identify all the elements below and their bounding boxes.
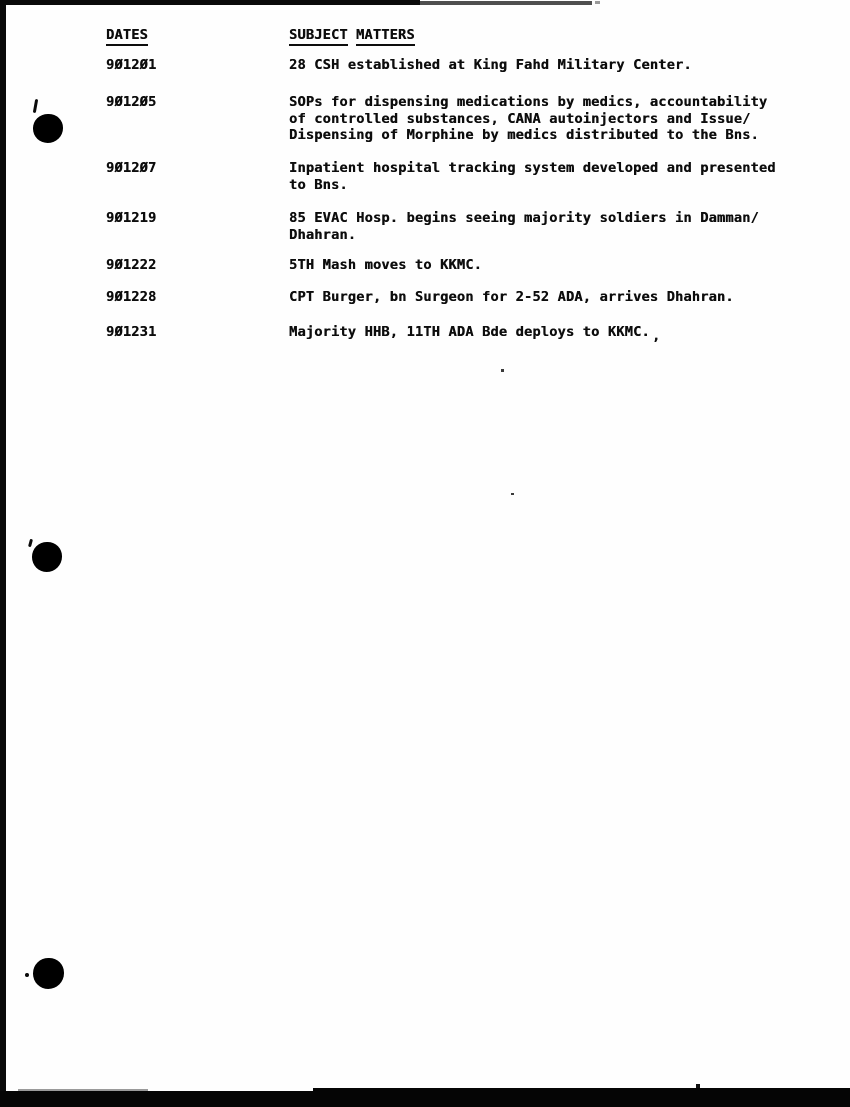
scanned-document-page: DATES SUBJECTMATTERS 9Ø12Ø1 28 CSH estab… xyxy=(0,0,850,1107)
subject-cell: 85 EVAC Hosp. begins seeing majority sol… xyxy=(289,210,759,243)
date-cell: 9Ø12Ø5 xyxy=(106,94,156,111)
dates-column-header: DATES xyxy=(106,27,148,46)
date-cell: 9Ø12Ø1 xyxy=(106,57,156,74)
subject-cell: SOPs for dispensing medications by medic… xyxy=(289,94,767,144)
date-cell: 9Ø1219 xyxy=(106,210,156,227)
date-cell: 9Ø1228 xyxy=(106,289,156,306)
subject-cell: CPT Burger, bn Surgeon for 2-52 ADA, arr… xyxy=(289,289,734,306)
stray-comma-mark: , xyxy=(652,328,660,345)
date-cell: 9Ø1231 xyxy=(106,324,156,341)
chronology-table: DATES SUBJECTMATTERS 9Ø12Ø1 28 CSH estab… xyxy=(0,0,850,1107)
date-cell: 9Ø1222 xyxy=(106,257,156,274)
date-cell: 9Ø12Ø7 xyxy=(106,160,156,177)
subject-cell: Inpatient hospital tracking system devel… xyxy=(289,160,776,193)
subject-matters-column-header: SUBJECTMATTERS xyxy=(289,27,415,46)
subject-cell: Majority HHB, 11TH ADA Bde deploys to KK… xyxy=(289,324,650,341)
subject-cell: 5TH Mash moves to KKMC. xyxy=(289,257,482,274)
subject-cell: 28 CSH established at King Fahd Military… xyxy=(289,57,692,74)
